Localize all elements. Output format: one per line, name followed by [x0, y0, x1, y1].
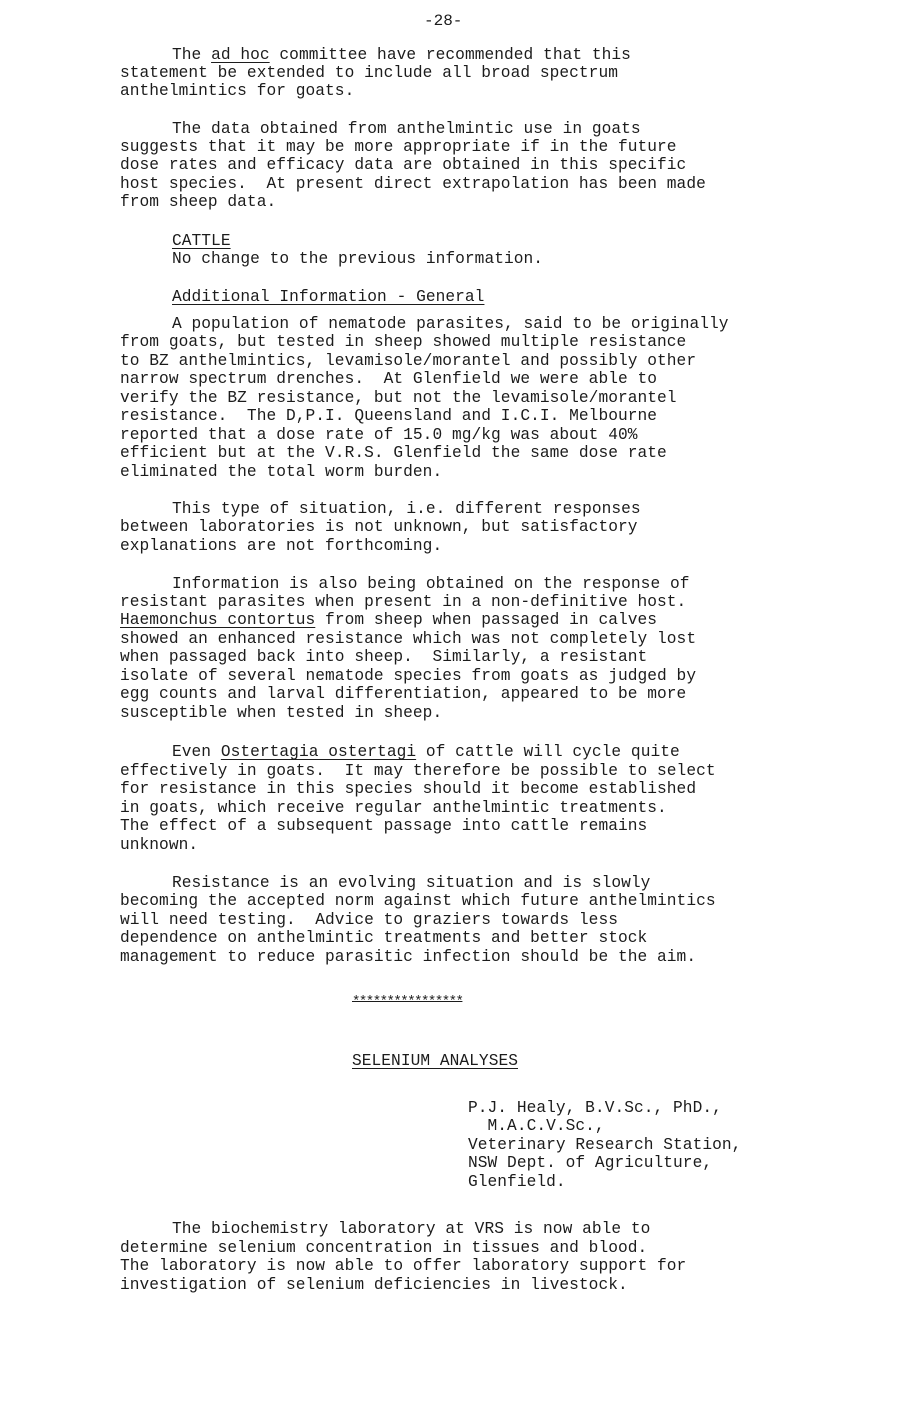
page-number: -28-: [424, 12, 462, 30]
author-line: M.A.C.V.Sc.,: [468, 1117, 605, 1135]
text-line: becoming the accepted norm against which…: [120, 892, 716, 910]
text-line: verify the BZ resistance, but not the le…: [120, 389, 677, 407]
text-line: dose rates and efficacy data are obtaine…: [120, 156, 686, 174]
text: Even: [172, 743, 221, 761]
text-line: egg counts and larval differentiation, a…: [120, 685, 686, 703]
text-line: will need testing. Advice to graziers to…: [120, 911, 618, 929]
text-line: investigation of selenium deficiencies i…: [120, 1276, 628, 1294]
text-line: to BZ anthelmintics, levamisole/morantel…: [120, 352, 696, 370]
cattle-text: No change to the previous information.: [172, 250, 543, 268]
text-line: efficient but at the V.R.S. Glenfield th…: [120, 444, 667, 462]
text-line: between laboratories is not unknown, but…: [120, 518, 638, 536]
author-line: P.J. Healy, B.V.Sc., PhD.,: [468, 1099, 722, 1117]
text-line: showed an enhanced resistance which was …: [120, 630, 696, 648]
text: from sheep when passaged in calves: [315, 611, 657, 629]
text-line: Resistance is an evolving situation and …: [172, 874, 650, 892]
text-line: unknown.: [120, 836, 198, 854]
text-line: anthelmintics for goats.: [120, 82, 354, 100]
text-line: determine selenium concentration in tiss…: [120, 1239, 647, 1257]
text-line: isolate of several nematode species from…: [120, 667, 696, 685]
text-line: when passaged back into sheep. Similarly…: [120, 648, 647, 666]
text-line: explanations are not forthcoming.: [120, 537, 442, 555]
text-line: This type of situation, i.e. different r…: [172, 500, 641, 518]
text-line: management to reduce parasitic infection…: [120, 948, 696, 966]
author-line: NSW Dept. of Agriculture,: [468, 1154, 712, 1172]
text-line: The data obtained from anthelmintic use …: [172, 120, 641, 138]
text-line: The biochemistry laboratory at VRS is no…: [172, 1220, 650, 1238]
general-heading: Additional Information - General: [172, 288, 484, 306]
text-line: host species. At present direct extrapol…: [120, 175, 706, 193]
text-line: susceptible when tested in sheep.: [120, 704, 442, 722]
cattle-heading: CATTLE: [172, 232, 231, 250]
text: committee have recommended that this: [270, 46, 631, 64]
author-line: Glenfield.: [468, 1173, 566, 1191]
text-line: A population of nematode parasites, said…: [172, 315, 729, 333]
text-line: The laboratory is now able to offer labo…: [120, 1257, 686, 1275]
text-line: The effect of a subsequent passage into …: [120, 817, 647, 835]
text-line: for resistance in this species should it…: [120, 780, 696, 798]
text-line: effectively in goats. It may therefore b…: [120, 762, 716, 780]
selenium-heading: SELENIUM ANALYSES: [352, 1052, 518, 1070]
author-line: Veterinary Research Station,: [468, 1136, 741, 1154]
text-line: reported that a dose rate of 15.0 mg/kg …: [120, 426, 638, 444]
text-line: from sheep data.: [120, 193, 276, 211]
text-line: in goats, which receive regular anthelmi…: [120, 799, 667, 817]
text-line: Information is also being obtained on th…: [172, 575, 690, 593]
text: of cattle will cycle quite: [416, 743, 680, 761]
section-separator: ****************: [352, 994, 462, 1010]
text-line: resistance. The D,P.I. Queensland and I.…: [120, 407, 657, 425]
text-line: resistant parasites when present in a no…: [120, 593, 686, 611]
text-line: eliminated the total worm burden.: [120, 463, 442, 481]
text-line: narrow spectrum drenches. At Glenfield w…: [120, 370, 657, 388]
species-name: Ostertagia ostertagi: [221, 743, 416, 761]
text: The: [172, 46, 211, 64]
text-line: suggests that it may be more appropriate…: [120, 138, 677, 156]
text-line: from goats, but tested in sheep showed m…: [120, 333, 686, 351]
species-name: Haemonchus contortus: [120, 611, 315, 629]
latin-term: ad hoc: [211, 46, 270, 64]
text-line: statement be extended to include all bro…: [120, 64, 618, 82]
text-line: dependence on anthelmintic treatments an…: [120, 929, 647, 947]
